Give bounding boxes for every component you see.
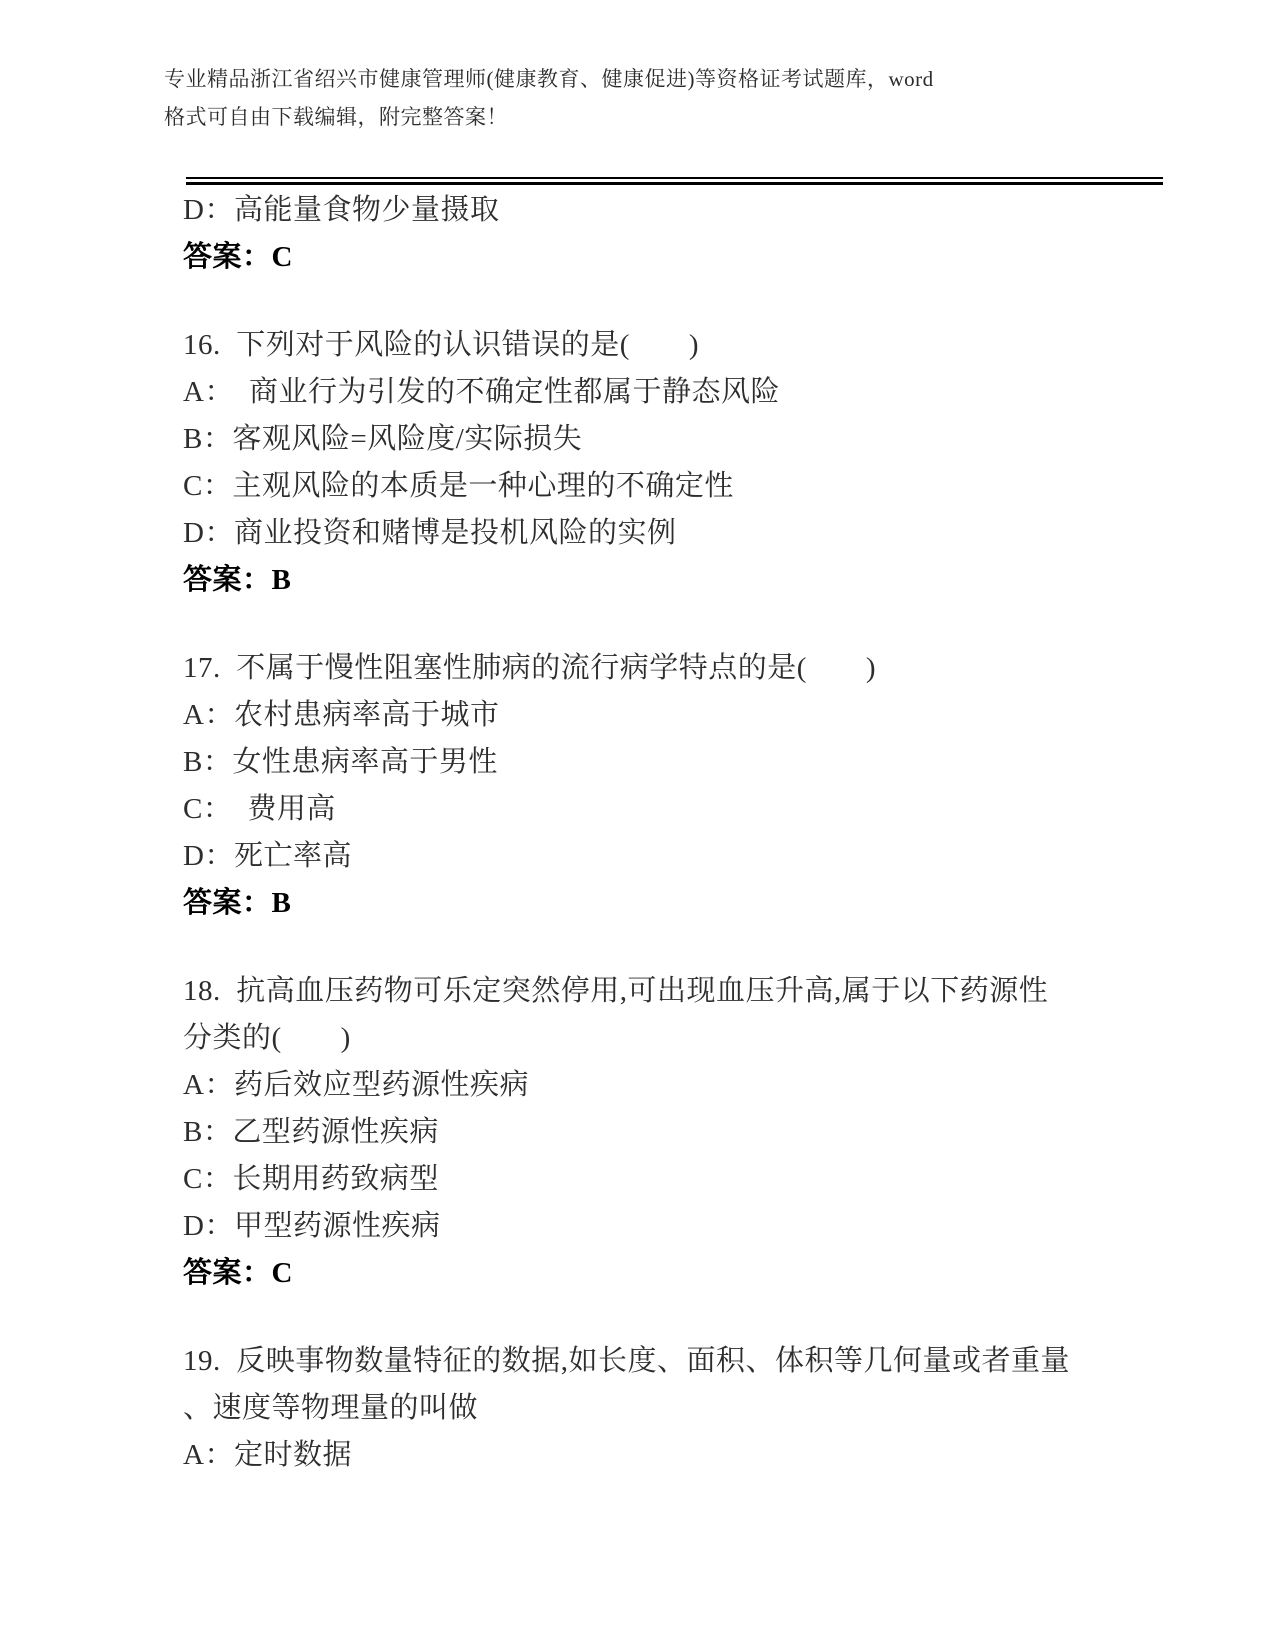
question-stem: 18. 抗高血压药物可乐定突然停用,可出现血压升高,属于以下药源性 分类的( ) xyxy=(183,968,1213,1062)
question-block-16: 16. 下列对于风险的认识错误的是( ) A： 商业行为引发的不确定性都属于静态… xyxy=(183,322,1213,604)
option-line-c: C：长期用药致病型 xyxy=(183,1156,1213,1203)
question-stem: 16. 下列对于风险的认识错误的是( ) xyxy=(183,322,1213,369)
option-line-d: D：商业投资和赌博是投机风险的实例 xyxy=(183,510,1213,557)
header-text: 专业精品浙江省绍兴市健康管理师(健康教育、健康促进)等资格证考试题库，word … xyxy=(164,60,1164,136)
option-line-a: A：定时数据 xyxy=(183,1432,1213,1479)
header-divider xyxy=(186,177,1163,185)
question-stem: 17. 不属于慢性阻塞性肺病的流行病学特点的是( ) xyxy=(183,645,1213,692)
question-block-18: 18. 抗高血压药物可乐定突然停用,可出现血压升高,属于以下药源性 分类的( )… xyxy=(183,968,1213,1297)
answer-line: 答案：B xyxy=(183,880,1213,927)
option-line-a: A：药后效应型药源性疾病 xyxy=(183,1062,1213,1109)
document-body: D：高能量食物少量摄取 答案：C 16. 下列对于风险的认识错误的是( ) A：… xyxy=(183,187,1213,1479)
document-page: 专业精品浙江省绍兴市健康管理师(健康教育、健康促进)等资格证考试题库，word … xyxy=(0,0,1275,1650)
option-line-b: B：女性患病率高于男性 xyxy=(183,739,1213,786)
option-line-c: C： 费用高 xyxy=(183,786,1213,833)
question-stem: 19. 反映事物数量特征的数据,如长度、面积、体积等几何量或者重量 、速度等物理… xyxy=(183,1338,1213,1432)
option-line-d: D：高能量食物少量摄取 xyxy=(183,187,1213,234)
option-line-d: D：死亡率高 xyxy=(183,833,1213,880)
option-line-a: A： 商业行为引发的不确定性都属于静态风险 xyxy=(183,369,1213,416)
answer-line: 答案：B xyxy=(183,557,1213,604)
option-line-a: A：农村患病率高于城市 xyxy=(183,692,1213,739)
answer-line: 答案：C xyxy=(183,1250,1213,1297)
question-block-19: 19. 反映事物数量特征的数据,如长度、面积、体积等几何量或者重量 、速度等物理… xyxy=(183,1338,1213,1479)
answer-line: 答案：C xyxy=(183,234,1213,281)
option-line-c: C：主观风险的本质是一种心理的不确定性 xyxy=(183,463,1213,510)
question-block-17: 17. 不属于慢性阻塞性肺病的流行病学特点的是( ) A：农村患病率高于城市 B… xyxy=(183,645,1213,927)
option-line-d: D：甲型药源性疾病 xyxy=(183,1203,1213,1250)
option-line-b: B：客观风险=风险度/实际损失 xyxy=(183,416,1213,463)
option-line-b: B：乙型药源性疾病 xyxy=(183,1109,1213,1156)
question-15-tail: D：高能量食物少量摄取 答案：C xyxy=(183,187,1213,281)
